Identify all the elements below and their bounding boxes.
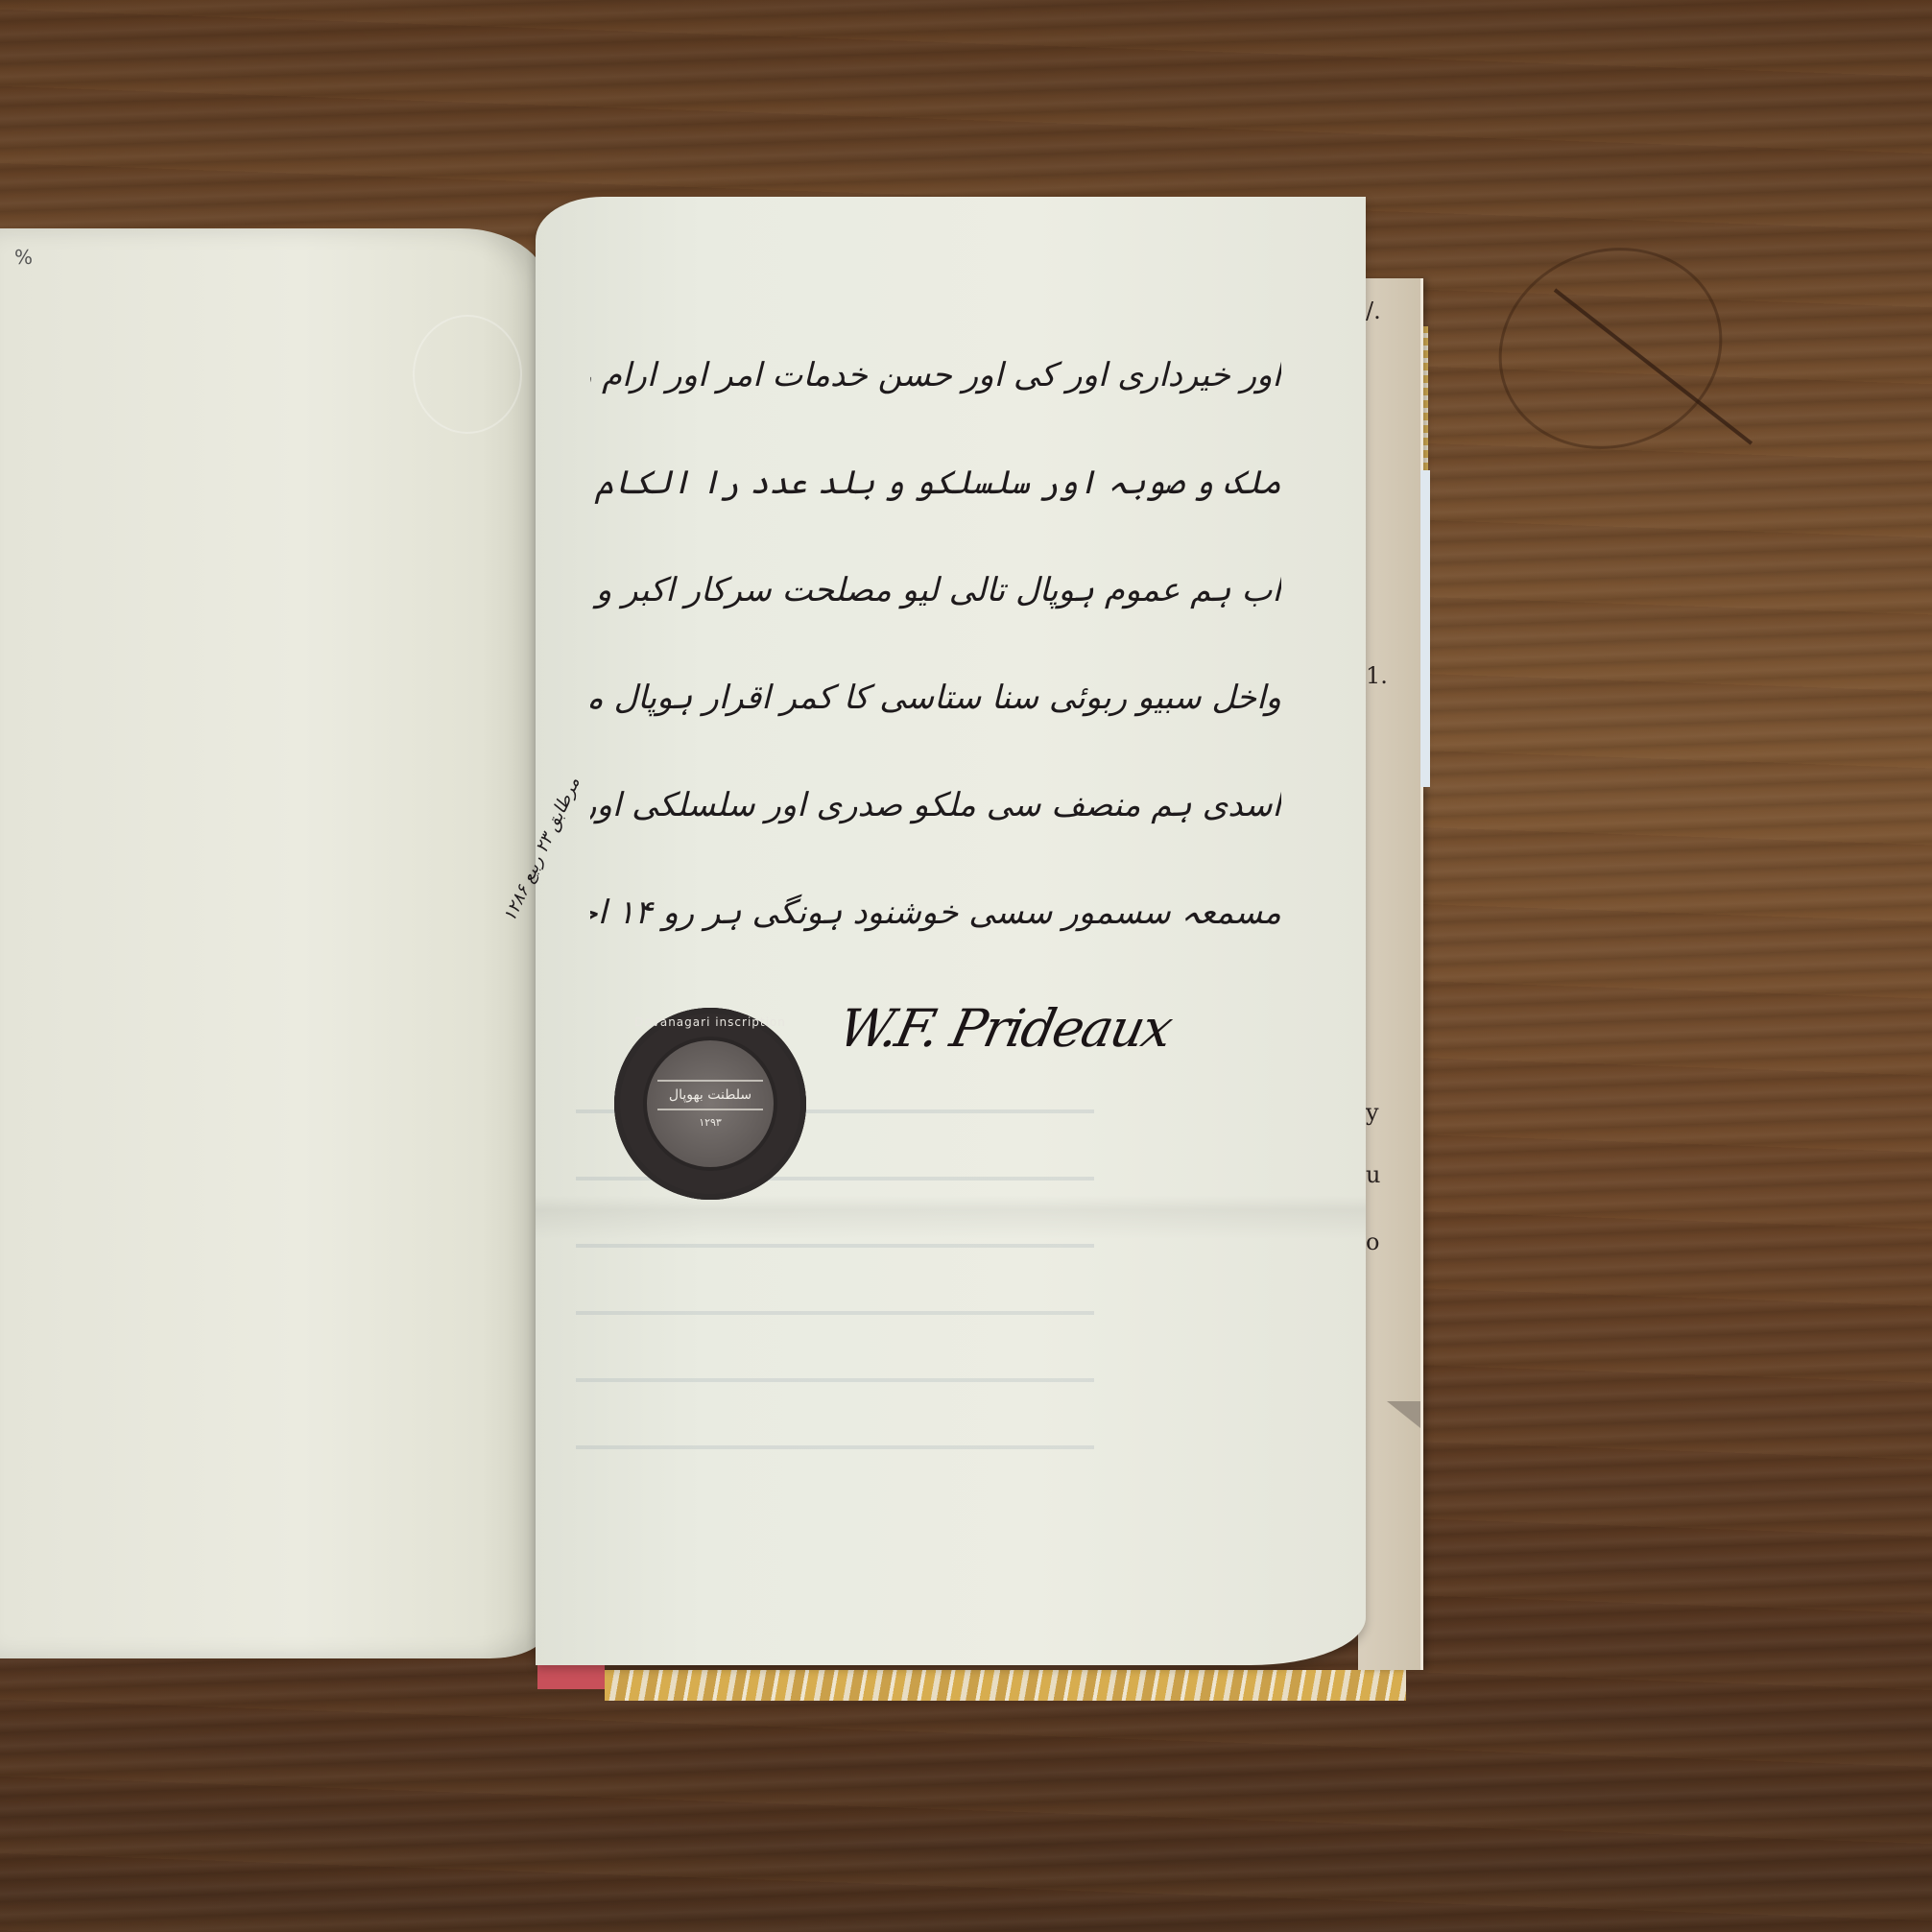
seal-center-text: سلطنت بھوپال xyxy=(669,1087,751,1103)
text-line: اب ہم عموم ہوپال تالی لیو مصلحت سرکار اک… xyxy=(590,537,1281,644)
sheet-fragment-text: /. xyxy=(1366,298,1381,324)
text-line: ملک و صوبہ اور سلسلکو و بلد عدد را الکام… xyxy=(590,429,1281,537)
manuscript-text-block: اور خیرداری اور کی اور حسن خدمات امر اور… xyxy=(590,322,1281,966)
sheet-fragment-text: o xyxy=(1366,1228,1379,1255)
text-line: مسمعہ سسمور سسی خوشنود ہونگی ہر رو ۱۴ اح… xyxy=(590,859,1281,966)
sheet-fragment-text: 1. xyxy=(1366,662,1388,689)
blue-paper-strip xyxy=(1420,470,1430,787)
signature: W.F. Prideaux xyxy=(833,998,1176,1059)
sheet-fragment-text: y xyxy=(1366,1099,1379,1126)
seal-divider xyxy=(657,1080,763,1082)
book-cover-patterned-edge xyxy=(605,1670,1406,1701)
text-line: اسدی ہم منصف سی ملکو صدری اور سلسلکی اور… xyxy=(590,751,1281,859)
left-page[interactable]: % xyxy=(0,228,547,1658)
official-seal-icon: Devanagari inscription سلطنت بھوپال ۱۲۹۳ xyxy=(614,1008,806,1200)
seal-year: ۱۲۹۳ xyxy=(699,1116,722,1129)
sheet-fragment-text: u xyxy=(1366,1161,1380,1188)
embossed-stamp-icon xyxy=(413,315,522,434)
manuscript-book: /. 1. y u o % اور خیرداری اور کی اور حسن… xyxy=(0,0,1932,1932)
text-line: اور خیرداری اور کی اور حسن خدمات امر اور… xyxy=(590,322,1281,429)
seal-center: سلطنت بھوپال ۱۲۹۳ xyxy=(651,1044,770,1163)
page-mark: % xyxy=(14,246,33,269)
text-line: واخل سبیو ربوئی سنا ستاسی کا کمر اقرار ہ… xyxy=(590,644,1281,751)
seal-divider xyxy=(657,1109,763,1110)
inserted-loose-sheets: /. 1. y u o xyxy=(1358,278,1423,1670)
sheet-folded-tab xyxy=(1387,1401,1420,1428)
